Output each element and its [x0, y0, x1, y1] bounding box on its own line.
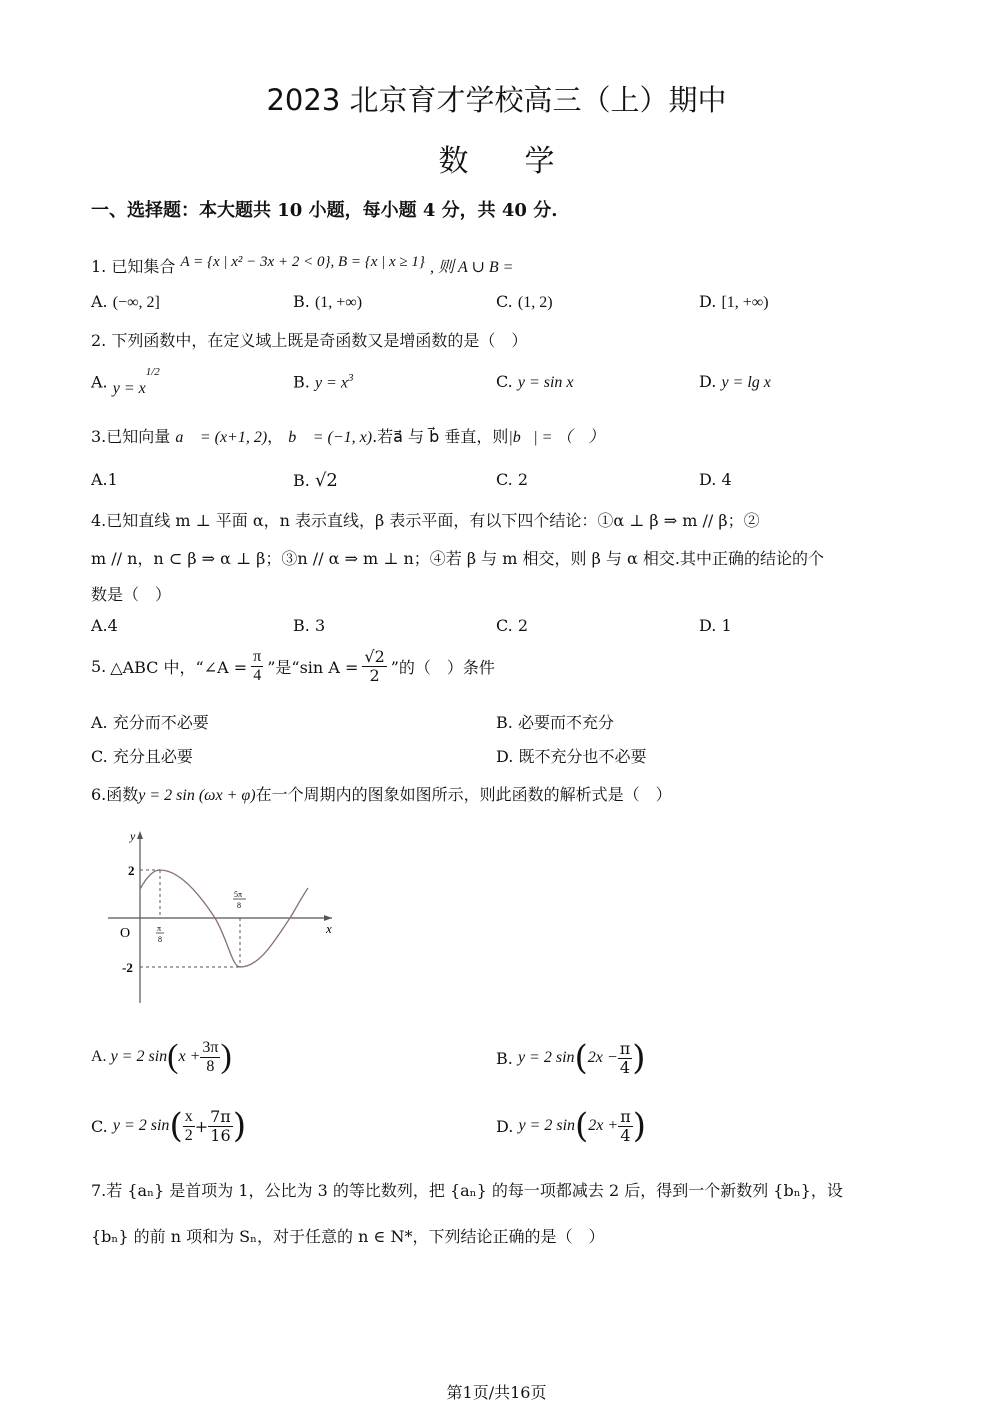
page-number: 第1页/共16页 [0, 1380, 993, 1403]
vector-b: b⃗ = (−1, x) [288, 429, 372, 446]
q5-option-b[interactable]: B. 必要而不充分 [496, 710, 614, 733]
svg-text:8: 8 [158, 935, 162, 944]
q4-option-c[interactable]: C. 2 [496, 616, 528, 635]
q2-option-c[interactable]: C. y = sin x [496, 372, 574, 392]
svg-text:5π: 5π [234, 890, 242, 899]
question-5: 5. △ABC 中，“∠A = π4 ”是“sin A = √22 ”的（ ）条… [91, 648, 495, 684]
question-3: 3.已知向量 a⃗ = (x+1, 2)， b⃗ = (−1, x).若a⃗ 与… [91, 424, 604, 447]
q2-option-d[interactable]: D. y = lg x [699, 372, 771, 392]
question-number: 1. [91, 257, 106, 276]
svg-text:x: x [325, 921, 332, 936]
q5-option-d[interactable]: D. 既不充分也不必要 [496, 744, 646, 767]
question-math: A = {x | x² − 3x + 2 < 0}, B = {x | x ≥ … [180, 254, 424, 270]
q3-option-c[interactable]: C. 2 [496, 470, 528, 489]
fraction-pi-over-4: π4 [251, 648, 263, 684]
question-2: 2. 下列函数中，在定义域上既是奇函数又是增函数的是（ ） [91, 328, 527, 351]
q1-option-a[interactable]: A. (−∞, 2] [91, 292, 160, 312]
q2-option-b[interactable]: B. y = x3 [293, 372, 353, 392]
function-formula: y = 2 sin (ωx + φ) [138, 787, 255, 804]
section-heading: 一、选择题：本大题共 10 小题，每小题 4 分，共 40 分. [91, 196, 558, 222]
question-stem-suffix: , 则 A ∪ B = [430, 259, 513, 276]
question-stem: 已知集合 [111, 257, 175, 276]
sine-graph: y x O 2 -2 π 8 5π 8 [100, 825, 340, 1005]
subject-char-1: 数 [439, 144, 469, 179]
q5-option-c[interactable]: C. 充分且必要 [91, 744, 193, 767]
question-6: 6.函数y = 2 sin (ωx + φ)在一个周期内的图象如图所示，则此函数… [91, 782, 672, 805]
question-4-line-3: 数是（ ） [91, 582, 171, 605]
question-stem: 下列函数中，在定义域上既是奇函数又是增函数的是（ ） [111, 331, 527, 350]
q3-option-b[interactable]: B. √2 [293, 470, 338, 491]
q6-option-b[interactable]: B. y = 2 sin (2x − π4) [496, 1038, 645, 1078]
svg-text:O: O [120, 926, 130, 941]
q5-option-a[interactable]: A. 充分而不必要 [91, 710, 209, 733]
q4-option-d[interactable]: D. 1 [699, 616, 732, 635]
q1-option-d[interactable]: D. [1, +∞) [699, 292, 769, 312]
question-4-line-2: m // n，n ⊂ β ⇒ α ⊥ β；③n // α ⇒ m ⊥ n；④若 … [91, 546, 824, 569]
q6-option-d[interactable]: D. y = 2 sin (2x + π4) [496, 1106, 646, 1146]
subject-char-2: 学 [525, 144, 555, 179]
q4-option-b[interactable]: B. 3 [293, 616, 325, 635]
question-1: 1. 已知集合 A = {x | x² − 3x + 2 < 0}, B = {… [91, 254, 513, 277]
subject-title: 数学 [0, 136, 993, 180]
q3-option-a[interactable]: A.1 [91, 470, 118, 489]
fraction-sqrt2-over-2: √22 [362, 648, 386, 684]
svg-text:π: π [157, 924, 161, 933]
q3-option-d[interactable]: D. 4 [699, 470, 732, 489]
q6-option-c[interactable]: C. y = 2 sin (x2+ 7π16) [91, 1106, 246, 1146]
svg-text:-2: -2 [122, 960, 133, 975]
svg-text:2: 2 [128, 863, 135, 878]
question-4-line-1: 4.已知直线 m ⊥ 平面 α，n 表示直线，β 表示平面，有以下四个结论：①α… [91, 508, 760, 531]
q2-option-a[interactable]: A. y = x1/2 [91, 372, 160, 392]
question-7-line-2: {bₙ} 的前 n 项和为 Sₙ，对于任意的 n ∈ N*，下列结论正确的是（ … [91, 1224, 604, 1247]
svg-text:8: 8 [237, 901, 241, 910]
q1-option-b[interactable]: B. (1, +∞) [293, 292, 362, 312]
exam-title: 2023 北京育才学校高三（上）期中 [0, 78, 993, 119]
question-7-line-1: 7.若 {aₙ} 是首项为 1，公比为 3 的等比数列，把 {aₙ} 的每一项都… [91, 1178, 843, 1201]
question-number: 2. [91, 331, 106, 350]
y-axis-arrow-icon [137, 831, 143, 839]
q6-option-a[interactable]: A. y = 2 sin (x + 3π8) [91, 1038, 232, 1076]
vector-a: a⃗ = (x+1, 2) [175, 429, 267, 446]
question-number: 3. [91, 427, 106, 446]
q4-option-a[interactable]: A.4 [91, 616, 118, 635]
q1-option-c[interactable]: C. (1, 2) [496, 292, 553, 312]
svg-text:y: y [129, 829, 136, 843]
